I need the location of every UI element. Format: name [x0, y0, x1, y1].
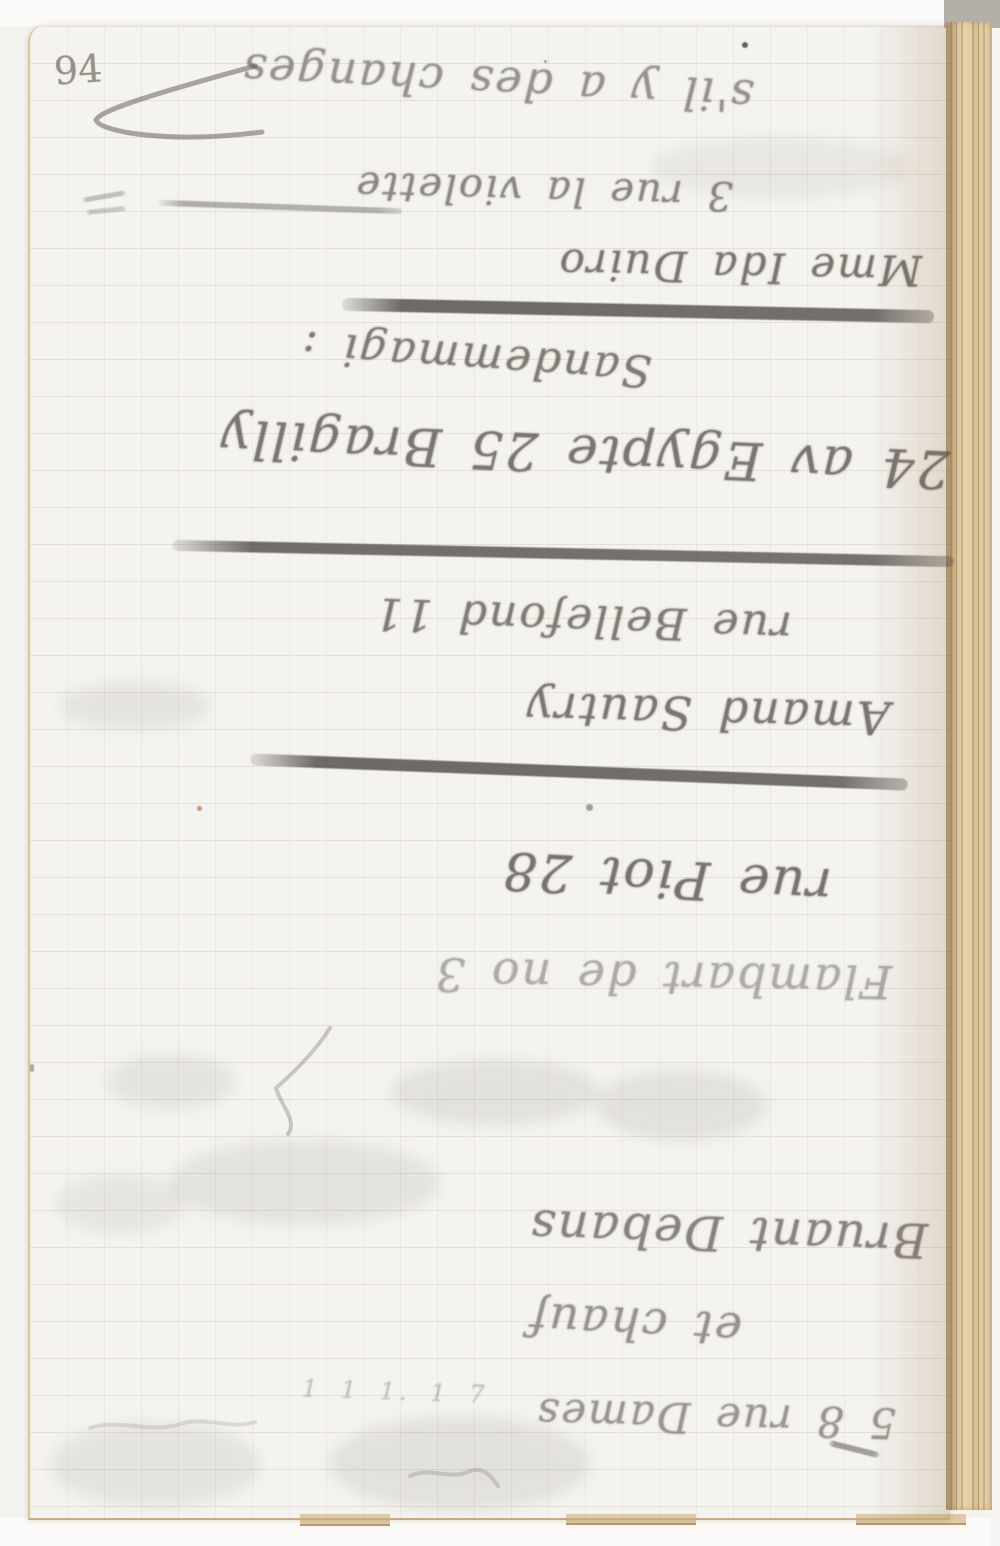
pencil-squiggle [410, 1470, 498, 1486]
notebook-page: 94 s'il y a des changes 3 rue la violett… [28, 26, 950, 1520]
pencil-squiggle [90, 1421, 255, 1428]
scanner-background-bottom [0, 1518, 1000, 1546]
blue-speck [30, 1064, 34, 1072]
scanner-background-top [0, 0, 944, 26]
book-fore-edge-pages [946, 22, 992, 1510]
ink-speck [544, 60, 547, 63]
ink-speck [742, 42, 748, 48]
pencil-strokes-layer [30, 26, 950, 1518]
pencil-squiggle [276, 1028, 330, 1134]
pencil-flourish-stroke [96, 66, 262, 137]
stain-speck [197, 806, 202, 811]
scanned-notebook-photo: { "document": { "folio_number": "94" }, … [0, 0, 1000, 1546]
